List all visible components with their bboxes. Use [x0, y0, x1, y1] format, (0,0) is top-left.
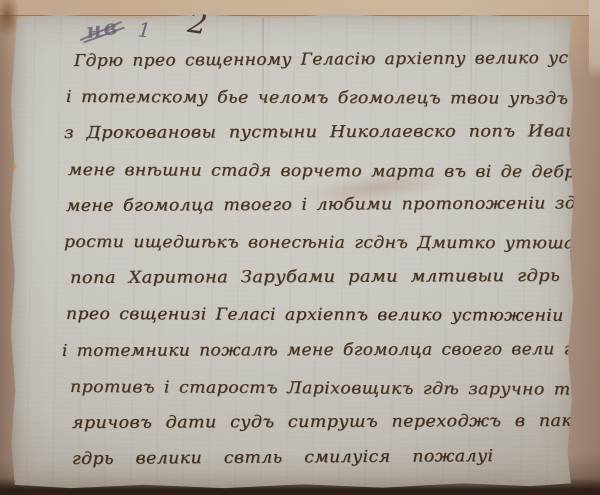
- manuscript-paper: нв 1 2 Гдрю прео свщенному Геласію архіе…: [8, 12, 576, 490]
- manuscript-line: прео свщенизі Геласі архіеппъ велико уст…: [66, 304, 587, 342]
- manuscript-text: Гдрю прео свщенному Геласію архіеппу вел…: [62, 51, 567, 485]
- manuscript-line: гдрь велики свтль смилуіся пожалуі: [72, 445, 592, 485]
- underlying-sheet-edge: [0, 0, 600, 16]
- manuscript-line: рости ищедшѣкъ вонесѣніа гсднъ Дмитко ут…: [64, 232, 587, 270]
- manuscript-line: і тотемскому бье челомъ бгомолецъ твои у…: [66, 87, 592, 125]
- manuscript-line: Гдрю прео свщенному Геласію архіеппу вел…: [74, 48, 582, 87]
- manuscript-line: попа Харитона Зарубами рами млтивыи гдрь: [70, 266, 600, 305]
- manuscript-line: противъ і старостъ Ларіховщикъ гдѣ заруч…: [70, 377, 592, 416]
- photo-canvas: нв 1 2 Гдрю прео свщенному Геласію архіе…: [0, 0, 600, 495]
- underlying-sheet-right: [589, 0, 600, 78]
- numeral-mark: 1: [137, 17, 152, 42]
- manuscript-line: мене внѣшни стадя ворчето марта въ ві де…: [68, 160, 587, 198]
- manuscript-line: мене бгомолца твоего і любими протопожен…: [66, 193, 592, 232]
- manuscript-line: яричовъ дати судъ ситрушъ переходжъ в па…: [72, 411, 597, 449]
- manuscript-line: і тотемники пожалѣ мене бгомолца своего …: [62, 339, 582, 377]
- manuscript-line: з Дроковановы пустыни Николаевско попъ И…: [64, 121, 600, 159]
